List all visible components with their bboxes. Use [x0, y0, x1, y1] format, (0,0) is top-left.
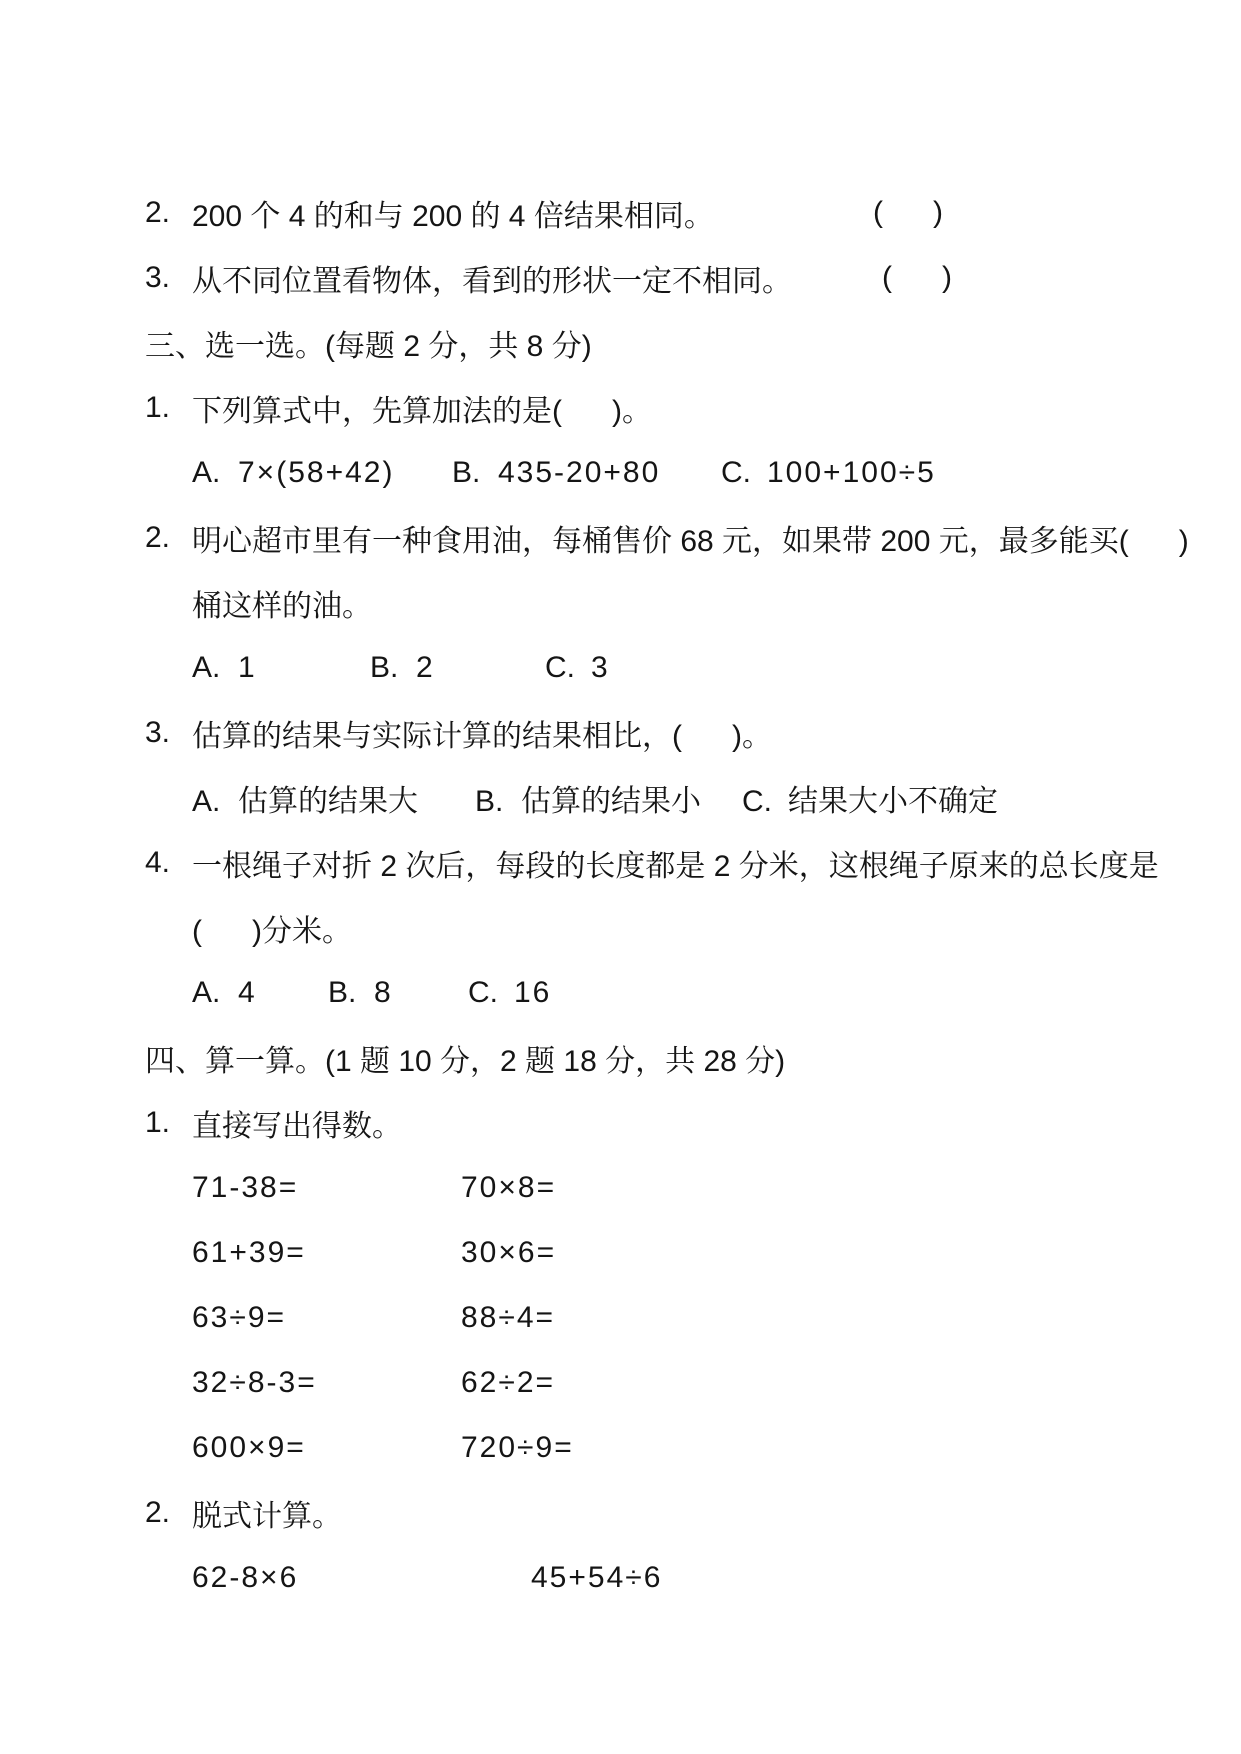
judge-item-2: 2. 200 个 4 的和与 200 的 4 倍结果相同。 ( ): [0, 180, 1241, 245]
option-text: 结果大小不确定: [788, 785, 998, 818]
option-label: A.: [192, 456, 238, 490]
calc-expression: 720÷9=: [461, 1431, 574, 1465]
section-heading-text: 四、算一算。(1 题 10 分，2 题 18 分，共 28 分): [145, 1036, 785, 1080]
calc-expression: 88÷4=: [461, 1301, 555, 1335]
option-c: C.100+100÷5: [721, 456, 936, 490]
option-a: A.估算的结果大: [192, 776, 418, 820]
choice-question-4-continuation: ( )分米。: [0, 895, 1241, 960]
option-text: 4: [238, 976, 257, 1009]
option-text: 16: [514, 976, 551, 1009]
stepwise-calc-row: 62-8×6 45+54÷6: [0, 1545, 1241, 1610]
option-c: C.3: [545, 651, 610, 685]
judge-item-3: 3. 从不同位置看物体，看到的形状一定不相同。 ( ): [0, 245, 1241, 310]
option-text: 估算的结果大: [238, 785, 418, 818]
page-content: 2. 200 个 4 的和与 200 的 4 倍结果相同。 ( ) 3. 从不同…: [0, 180, 1241, 1610]
option-a: A.1: [192, 651, 257, 685]
calc-expression: 45+54÷6: [531, 1561, 662, 1595]
option-label: C.: [721, 456, 767, 490]
choice-question-4-options: A.4 B.8 C.16: [0, 960, 1241, 1025]
option-b: B.2: [370, 651, 435, 685]
question-stem: 一根绳子对折 2 次后，每段的长度都是 2 分米，这根绳子原来的总长度是: [192, 841, 1159, 885]
option-label: C.: [742, 785, 788, 819]
option-label: C.: [468, 976, 514, 1010]
item-number: 2.: [145, 196, 192, 230]
option-label: B.: [328, 976, 374, 1010]
calc-expression: 63÷9=: [192, 1301, 286, 1335]
question-stem-continuation: ( )分米。: [192, 906, 352, 950]
question-stem: 下列算式中，先算加法的是( )。: [192, 386, 652, 430]
item-number: 2.: [145, 1496, 192, 1530]
option-text: 8: [374, 976, 393, 1009]
question-stem: 直接写出得数。: [192, 1101, 402, 1145]
item-number: 3.: [145, 261, 192, 295]
judge-item-text: 200 个 4 的和与 200 的 4 倍结果相同。: [192, 191, 714, 235]
option-text: 2: [416, 651, 435, 684]
option-label: A.: [192, 785, 238, 819]
section-heading-text: 三、选一选。(每题 2 分，共 8 分): [145, 321, 592, 365]
choice-question-3: 3. 估算的结果与实际计算的结果相比，( )。: [0, 700, 1241, 765]
choice-question-4: 4. 一根绳子对折 2 次后，每段的长度都是 2 分米，这根绳子原来的总长度是: [0, 830, 1241, 895]
judge-item-text: 从不同位置看物体，看到的形状一定不相同。: [192, 256, 792, 300]
calc-expression: 71-38=: [192, 1171, 298, 1205]
calc-expression: 30×6=: [461, 1236, 556, 1270]
choice-question-2-options: A.1 B.2 C.3: [0, 635, 1241, 700]
option-a: A.4: [192, 976, 257, 1010]
calc-expression: 600×9=: [192, 1431, 306, 1465]
option-b: B.8: [328, 976, 393, 1010]
calc-expression: 62÷2=: [461, 1366, 555, 1400]
choice-question-2: 2. 明心超市里有一种食用油，每桶售价 68 元，如果带 200 元，最多能买(…: [0, 505, 1241, 570]
option-a: A.7×(58+42): [192, 456, 394, 490]
section-four-heading: 四、算一算。(1 题 10 分，2 题 18 分，共 28 分): [0, 1025, 1241, 1090]
option-text: 1: [238, 651, 257, 684]
question-stem: 估算的结果与实际计算的结果相比，( )。: [192, 711, 772, 755]
calc-expression: 32÷8-3=: [192, 1366, 317, 1400]
question-stem: 脱式计算。: [192, 1491, 342, 1535]
option-label: B.: [475, 785, 521, 819]
stepwise-calc-stem: 2. 脱式计算。: [0, 1480, 1241, 1545]
calc-expression: 62-8×6: [192, 1561, 298, 1595]
item-number: 3.: [145, 716, 192, 750]
answer-blank: ( ): [873, 196, 943, 230]
item-number: 1.: [145, 1106, 192, 1140]
option-text: 7×(58+42): [238, 456, 394, 489]
choice-question-1: 1. 下列算式中，先算加法的是( )。: [0, 375, 1241, 440]
option-c: C.结果大小不确定: [742, 776, 998, 820]
option-label: A.: [192, 976, 238, 1010]
choice-question-3-options: A.估算的结果大 B.估算的结果小 C.结果大小不确定: [0, 765, 1241, 830]
oral-calc-row: 63÷9= 88÷4=: [0, 1285, 1241, 1350]
option-label: B.: [452, 456, 498, 490]
option-label: C.: [545, 651, 591, 685]
oral-calc-row: 600×9= 720÷9=: [0, 1415, 1241, 1480]
option-b: B.435-20+80: [452, 456, 660, 490]
option-label: B.: [370, 651, 416, 685]
question-stem: 明心超市里有一种食用油，每桶售价 68 元，如果带 200 元，最多能买( ): [192, 516, 1189, 560]
calc-expression: 70×8=: [461, 1171, 556, 1205]
choice-question-2-continuation: 桶这样的油。: [0, 570, 1241, 635]
option-text: 3: [591, 651, 610, 684]
item-number: 4.: [145, 846, 192, 880]
calc-expression: 61+39=: [192, 1236, 306, 1270]
oral-calc-stem: 1. 直接写出得数。: [0, 1090, 1241, 1155]
document-page: 2. 200 个 4 的和与 200 的 4 倍结果相同。 ( ) 3. 从不同…: [0, 0, 1241, 1754]
item-number: 1.: [145, 391, 192, 425]
option-label: A.: [192, 651, 238, 685]
option-b: B.估算的结果小: [475, 776, 701, 820]
question-stem-continuation: 桶这样的油。: [192, 581, 372, 625]
section-three-heading: 三、选一选。(每题 2 分，共 8 分): [0, 310, 1241, 375]
item-number: 2.: [145, 521, 192, 555]
option-text: 100+100÷5: [767, 456, 936, 489]
oral-calc-row: 32÷8-3= 62÷2=: [0, 1350, 1241, 1415]
option-text: 435-20+80: [498, 456, 660, 489]
oral-calc-row: 61+39= 30×6=: [0, 1220, 1241, 1285]
oral-calc-row: 71-38= 70×8=: [0, 1155, 1241, 1220]
choice-question-1-options: A.7×(58+42) B.435-20+80 C.100+100÷5: [0, 440, 1241, 505]
answer-blank: ( ): [882, 261, 952, 295]
option-c: C.16: [468, 976, 551, 1010]
option-text: 估算的结果小: [521, 785, 701, 818]
